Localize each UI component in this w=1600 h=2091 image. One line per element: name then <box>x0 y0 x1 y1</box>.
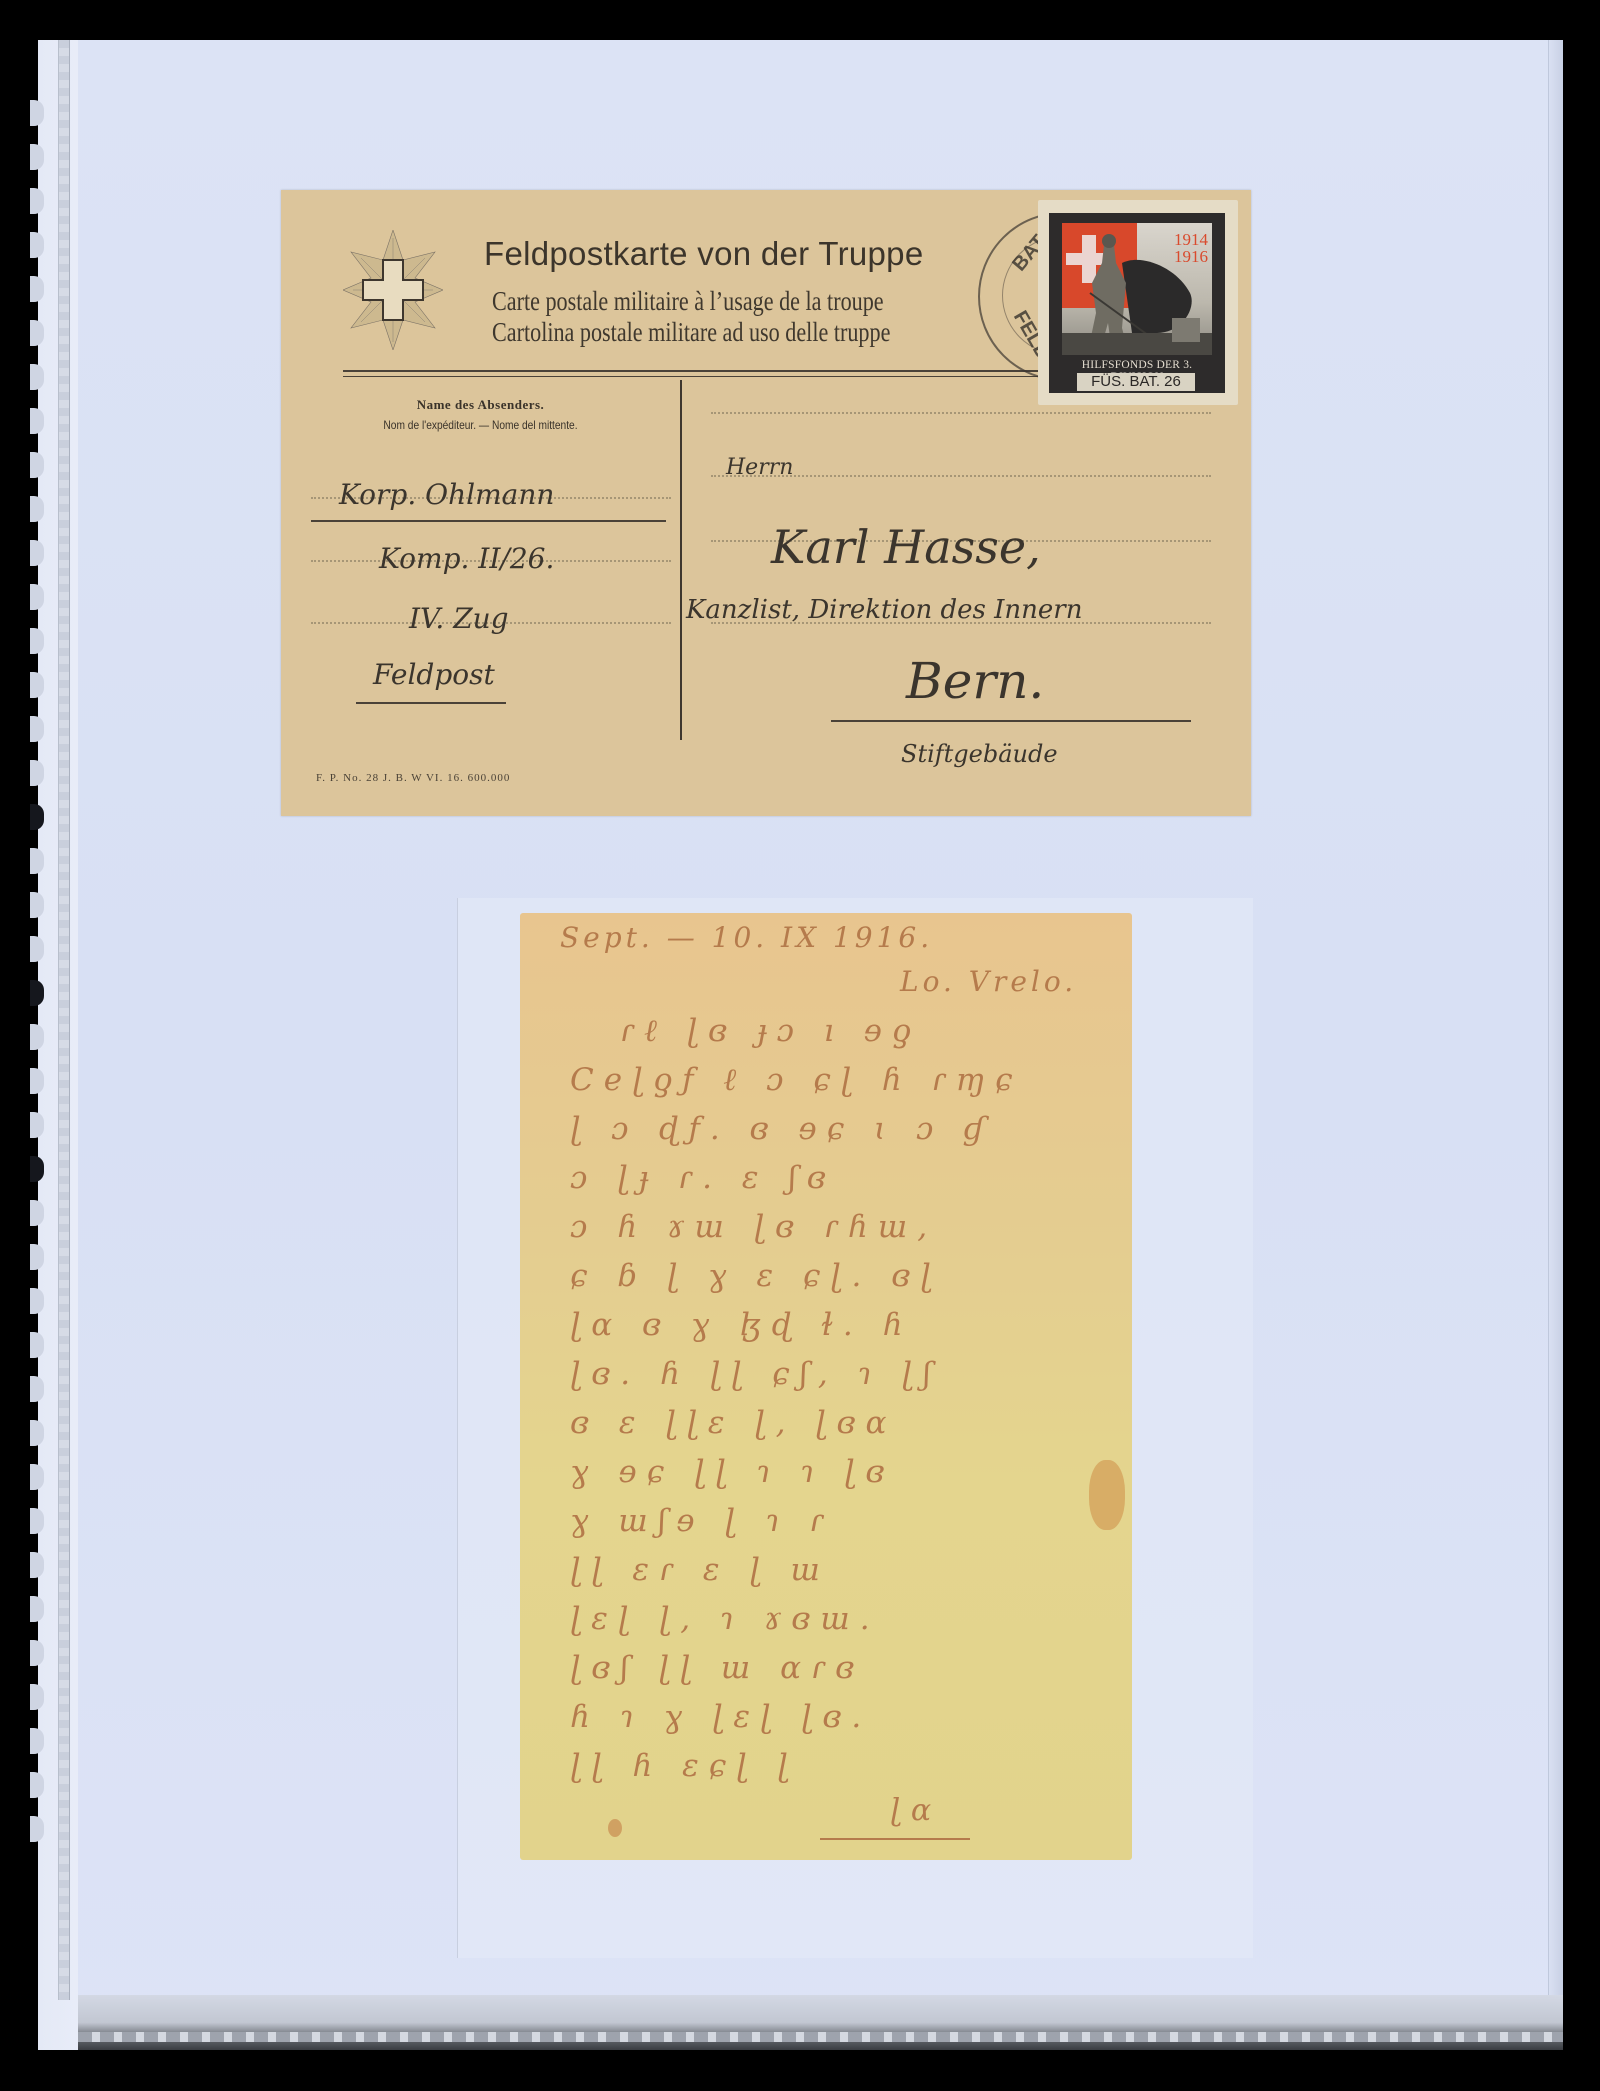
card-title: Feldpostkarte von der Truppe <box>484 235 923 273</box>
ink-stain <box>1089 1460 1125 1530</box>
binder-hole <box>30 540 44 566</box>
feldpost-postcard: Feldpostkarte von der Truppe Carte posta… <box>281 190 1251 816</box>
sender-label-german: Name des Absenders. <box>281 397 680 413</box>
stamp-year-end: 1916 <box>1174 248 1208 265</box>
stamp-years: 1914 1916 <box>1174 231 1208 265</box>
binder-hole <box>30 320 44 346</box>
letter-line: ɞ ɛ ɭɭɛ ɭ, ɭɞɑ <box>570 1405 896 1441</box>
binder-hole <box>30 716 44 742</box>
letter-line: ɔ ɦ ɤɯ ɭɞ ɾɦɯ, <box>570 1209 937 1245</box>
address-divider <box>680 380 682 740</box>
handwritten-letter: Sept. — 10. IX 1916. Lo. Vrelo. ɾℓ ɭɞ ɟɔ… <box>520 913 1132 1860</box>
binder-hole <box>30 1376 44 1402</box>
letter-line: ɭ ɔ ɖƒ. ɞ ɘɕ ɩ ɔ ɠ <box>570 1111 994 1147</box>
binder-hole <box>30 1068 44 1094</box>
binder-hole <box>30 1640 44 1666</box>
sender-feldpost-handwriting: Feldpost <box>373 658 495 691</box>
binder-hole <box>30 1244 44 1270</box>
binder-hole <box>30 892 44 918</box>
recipient-title-handwriting: Kanzlist, Direktion des Innern <box>686 595 1082 625</box>
letter-salutation: Lo. Vrelo. <box>900 965 1077 998</box>
letter-line: ɭɑ ɞ ɣ ɮɖ ɫ. ɦ <box>570 1307 913 1343</box>
sender-name-handwriting: Korp. Ohlmann <box>339 478 554 511</box>
letter-line: ɦ ɿ ɣ ɭɛɭ ɭɞ. <box>570 1699 871 1735</box>
binder-hole <box>30 364 44 390</box>
address-line <box>711 412 1211 414</box>
sender-unit-handwriting: Komp. II/26. <box>379 542 554 575</box>
letter-line: ɣ ɘɕ ɭɭ ɿ ɿ ɭɞ <box>570 1454 894 1490</box>
sleeve-bottom-rail <box>78 1995 1563 2050</box>
print-imprint: F. P. No. 28 J. B. W VI. 16. 600.000 <box>316 772 510 784</box>
letter-line: Ceɭƍƒ ℓ ɔ ɕɭ ɦ ɾɱɕ <box>570 1062 1022 1098</box>
signature-underline <box>820 1838 970 1840</box>
binder-hole <box>30 276 44 302</box>
letter-line: ɭɭ ɦ ɛɕɭ ɭ <box>570 1748 799 1784</box>
card-subtitle-italian: Cartolina postale militare ad uso delle … <box>492 317 890 348</box>
binder-hole <box>30 1112 44 1138</box>
sender-platoon-handwriting: IV. Zug <box>409 602 509 635</box>
binder-hole <box>30 848 44 874</box>
binder-hole <box>30 672 44 698</box>
card-subtitle-french: Carte postale militaire à l’usage de la … <box>492 286 884 317</box>
page-margin-right <box>1548 40 1563 2050</box>
sender-label-fr-it: Nom de l'expéditeur. — Nome del mittente… <box>311 418 650 432</box>
binder-hole <box>30 1420 44 1446</box>
binder-hole <box>30 1552 44 1578</box>
binder-hole <box>30 232 44 258</box>
binder-hole <box>30 980 44 1006</box>
swiss-cross-star-emblem-icon <box>343 230 443 350</box>
ink-stain-small <box>608 1819 622 1837</box>
binder-hole <box>30 1684 44 1710</box>
recipient-name-handwriting: Karl Hasse, <box>771 520 1041 574</box>
recipient-salutation-handwriting: Herrn <box>726 455 793 480</box>
stamp-battalion-label: FÜS. BAT. 26 <box>1077 373 1195 391</box>
letter-line: ɭɭ ɛɾ ɛ ɭ ɯ <box>570 1552 830 1588</box>
binder-hole <box>30 1728 44 1754</box>
binder-hole <box>30 144 44 170</box>
binder-holes <box>30 40 50 2050</box>
binder-hole <box>30 1772 44 1798</box>
recipient-city-handwriting: Bern. <box>906 652 1044 710</box>
binder-hole <box>30 628 44 654</box>
letter-date-header: Sept. — 10. IX 1916. <box>560 921 933 954</box>
binder-hole <box>30 1816 44 1842</box>
binder-hole <box>30 1288 44 1314</box>
letter-line: ɭɛɭ ɭ, ɿ ɤɞɯ. <box>570 1601 880 1637</box>
stamp-soldier-bear-illustration: 1914 1916 <box>1062 223 1212 355</box>
letter-line: ɾℓ ɭɞ ɟɔ ı ɘƍ <box>620 1013 921 1049</box>
binder-hole <box>30 1596 44 1622</box>
binder-hole <box>30 408 44 434</box>
feldpost-underline <box>356 702 506 704</box>
binder-hole <box>30 1200 44 1226</box>
binder-hole <box>30 584 44 610</box>
letter-line: ɭɞʃ ɭɭ ɯ ɑɾɞ <box>570 1650 864 1686</box>
letter-line: ɣ ɯʃɘ ɭ ɿ ɾ <box>570 1503 833 1539</box>
binder-hole <box>30 1464 44 1490</box>
binder-hole <box>30 1508 44 1534</box>
binder-hole <box>30 1156 44 1182</box>
letter-signature: ɭɑ <box>890 1793 941 1828</box>
letter-line: ɕ ɓ ɭ ɣ ɛ ɕɭ. ɞɭ <box>570 1258 942 1294</box>
binder-hole <box>30 1024 44 1050</box>
charity-stamp: 1914 1916 HILFSFONDS DER 3. DIVISION FÜS… <box>1038 200 1238 405</box>
letter-line: ɔ ɭɟ ɾ. ɛ ʃɞ <box>570 1160 836 1196</box>
stamp-year-start: 1914 <box>1174 231 1208 248</box>
letter-line: ɭɞ. ɦ ɭɭ ɕʃ, ɿ ɭʃ <box>570 1356 941 1392</box>
binder-hole <box>30 1332 44 1358</box>
binder-hole <box>30 452 44 478</box>
recipient-building-handwriting: Stiftgebäude <box>901 740 1058 768</box>
binder-hole <box>30 804 44 830</box>
city-underline <box>831 720 1191 722</box>
binder-hole <box>30 936 44 962</box>
binder-hole <box>30 188 44 214</box>
binder-hole <box>30 760 44 786</box>
stamp-frame: 1914 1916 HILFSFONDS DER 3. DIVISION FÜS… <box>1049 213 1225 393</box>
binder-hole <box>30 100 44 126</box>
binder-hole <box>30 496 44 522</box>
sender-underline <box>311 520 666 522</box>
sleeve-strip <box>58 40 70 2000</box>
